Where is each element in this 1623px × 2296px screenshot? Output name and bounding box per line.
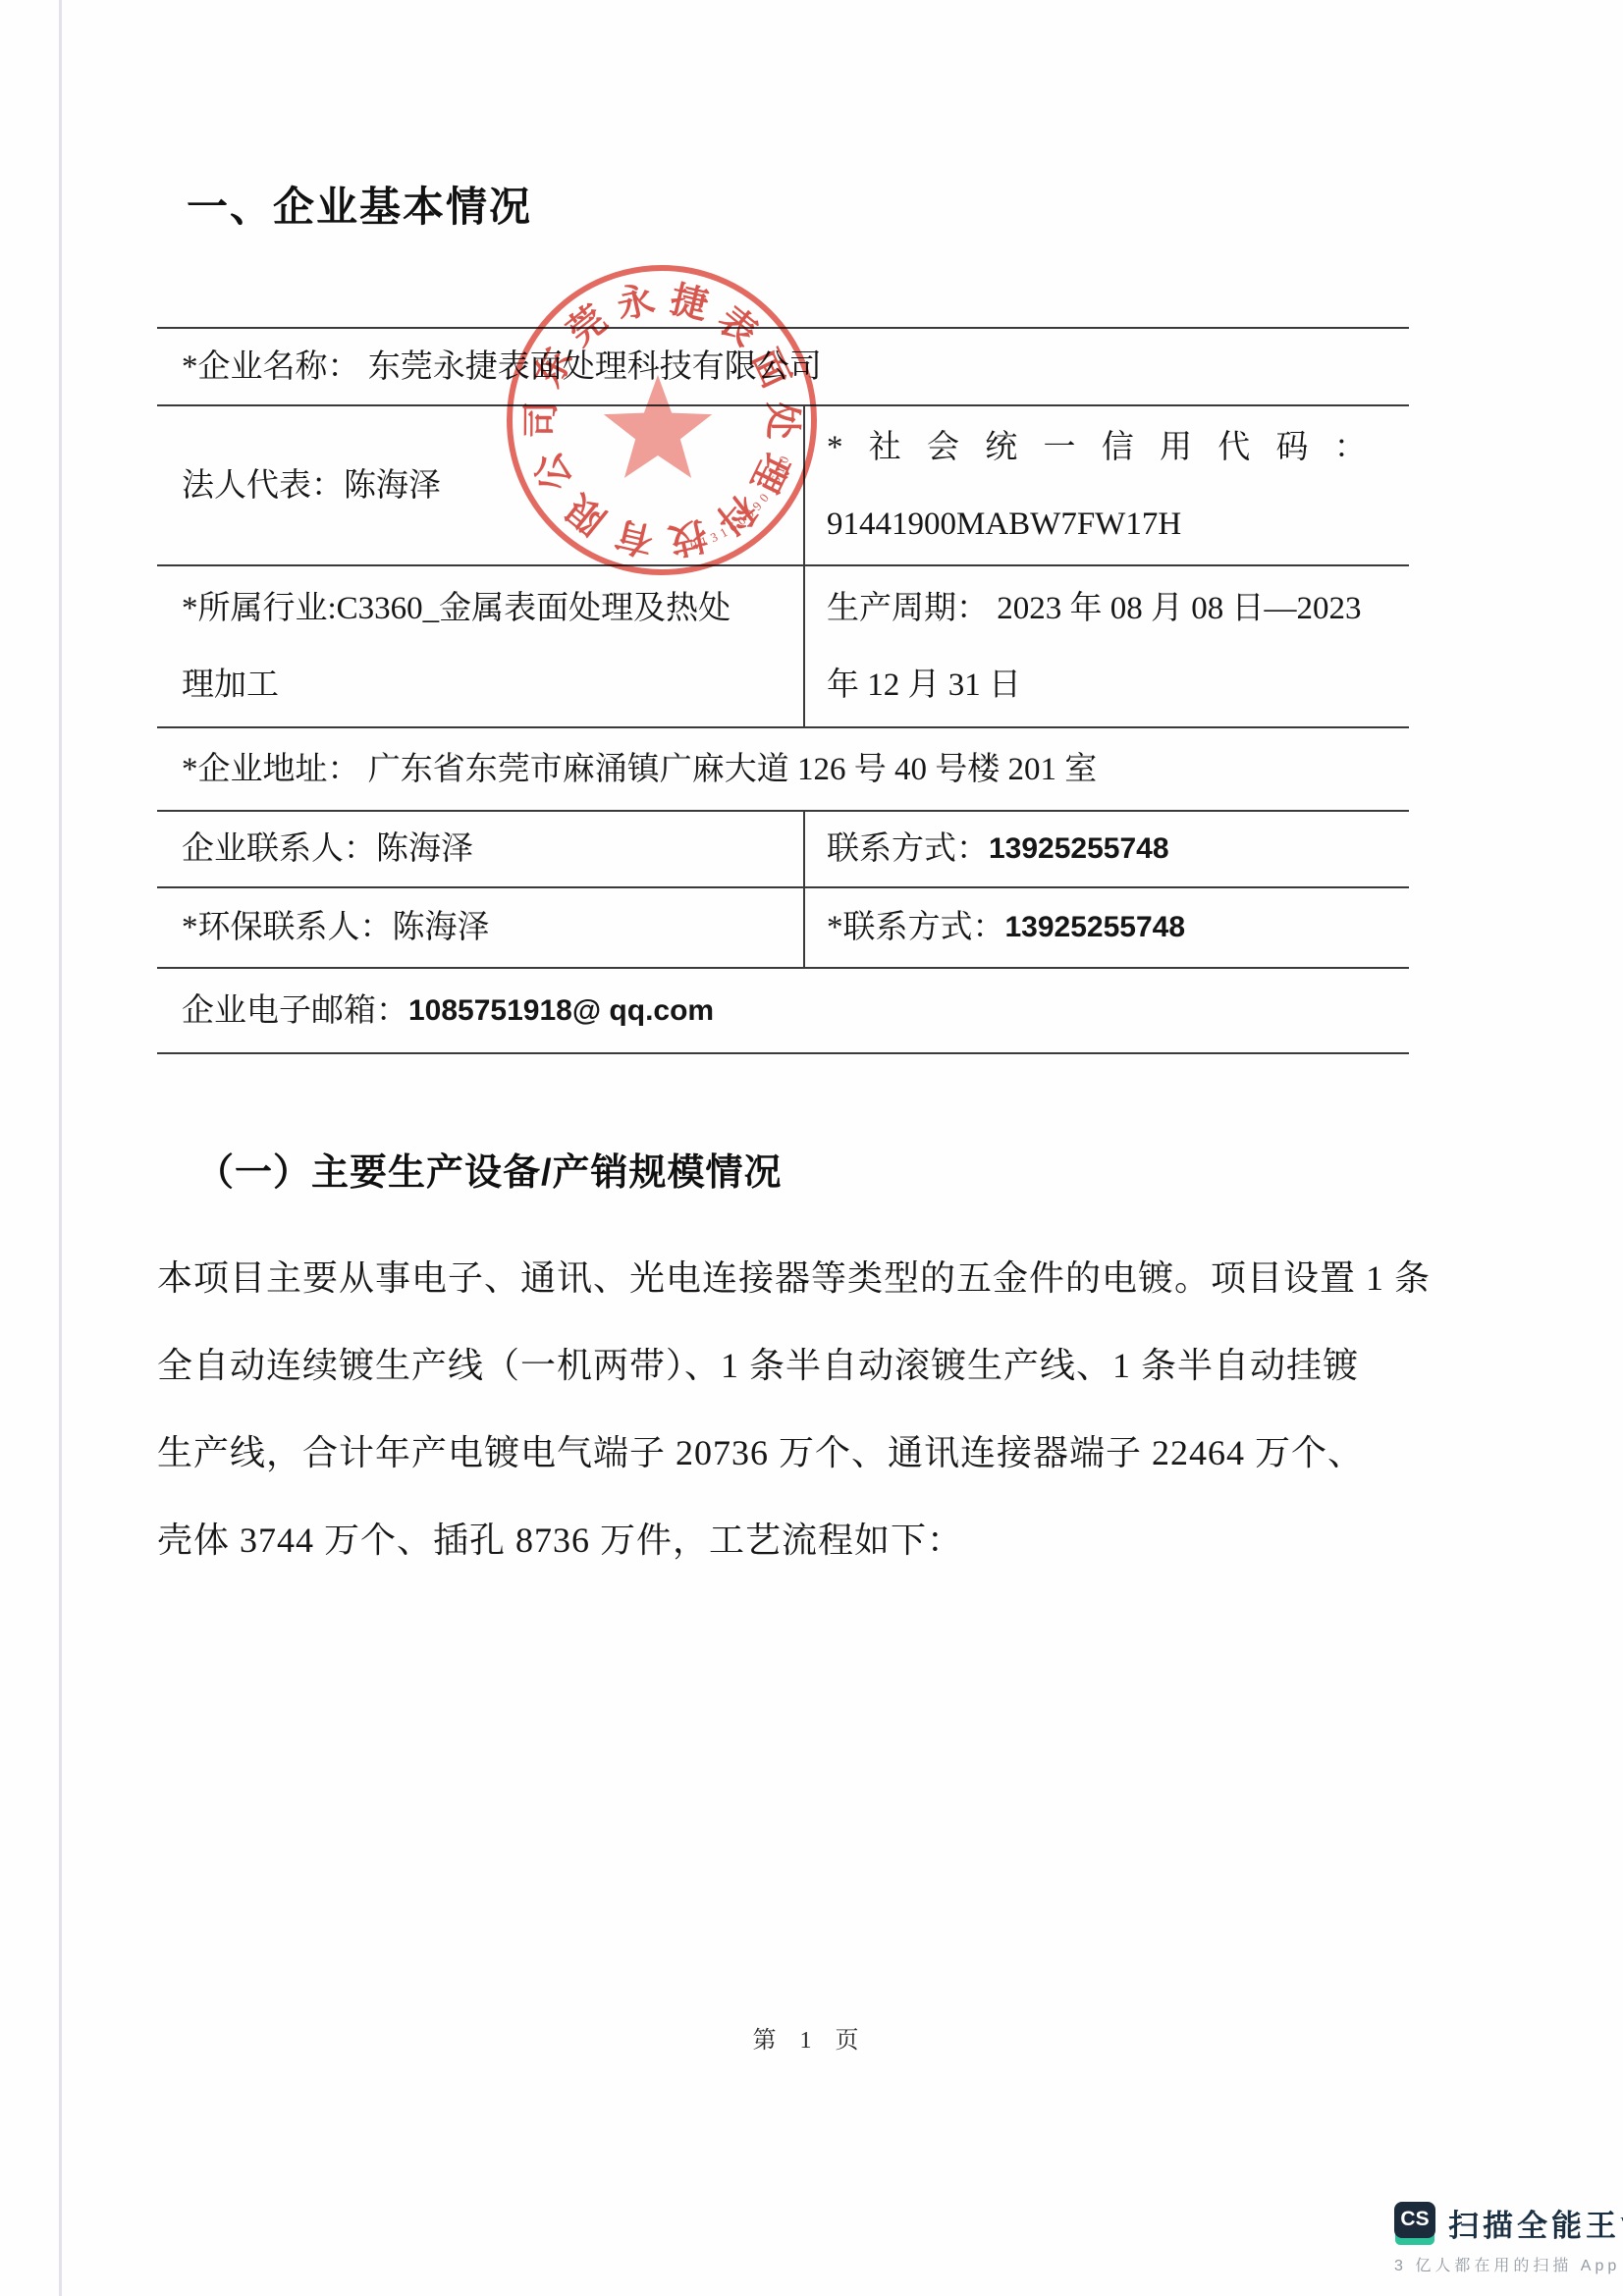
contact-phone-label: 联系方式： <box>827 829 989 869</box>
svg-text:限: 限 <box>559 486 614 542</box>
svg-text:有: 有 <box>612 512 658 561</box>
company-email-value: 1085751918@ qq.com <box>408 991 714 1031</box>
page-number: 第 1 页 <box>702 2020 918 2055</box>
industry-line-1: *所属行业:C3360_金属表面处理及热处 <box>182 589 803 628</box>
svg-text:公: 公 <box>527 446 580 497</box>
env-contact-phone-cell: *联系方式： 13925255748 <box>803 888 1409 967</box>
camscanner-logo-icon: CS <box>1394 2202 1435 2245</box>
company-email-cell: 企业电子邮箱： 1085751918@ qq.com <box>157 969 1409 1052</box>
svg-text:东: 东 <box>527 342 580 394</box>
subsection-heading: （一）主要生产设备/产销规模情况 <box>196 1142 783 1196</box>
svg-text:处: 处 <box>761 401 802 439</box>
page-title: 一、企业基本情况 <box>187 175 532 234</box>
star-icon <box>604 375 712 478</box>
body-paragraph: 本项目主要从事电子、通讯、光电连接器等类型的五金件的电镀。项目设置 1 条 全自… <box>157 1235 1434 1584</box>
logo-cs-badge: CS <box>1394 2202 1435 2238</box>
industry-cell: *所属行业:C3360_金属表面处理及热处 理加工 <box>157 566 803 726</box>
company-address-cell: *企业地址： 广东省东莞市麻涌镇广麻大道 126 号 40 号楼 201 室 <box>157 728 1409 810</box>
logo-cs-text: CS <box>1400 2208 1429 2231</box>
env-contact-phone-label: *联系方式： <box>827 908 1005 947</box>
table-row-contact: 企业联系人：陈海泽 联系方式： 13925255748 <box>157 812 1409 888</box>
svg-text:表: 表 <box>710 299 765 355</box>
watermark-tagline: 3 亿人都在用的扫描 App <box>1394 2253 1605 2275</box>
svg-text:捷: 捷 <box>666 279 712 328</box>
table-row-email: 企业电子邮箱： 1085751918@ qq.com <box>157 969 1409 1054</box>
credit-code-label: * 社 会 统 一 信 用 代 码 ： <box>827 428 1409 467</box>
svg-text:莞: 莞 <box>560 298 615 354</box>
company-email-label: 企业电子邮箱： <box>182 991 408 1031</box>
scan-edge-line <box>59 0 62 2296</box>
company-seal-stamp: 东莞永捷表面处理科技有限公司 0161090061310 <box>503 261 821 579</box>
svg-text:3: 3 <box>708 529 720 545</box>
contact-phone-value: 13925255748 <box>989 829 1169 869</box>
industry-line-2: 理加工 <box>182 666 803 705</box>
contact-person-cell: 企业联系人：陈海泽 <box>157 812 803 886</box>
table-row-address: *企业地址： 广东省东莞市麻涌镇广麻大道 126 号 40 号楼 201 室 <box>157 728 1409 812</box>
env-contact-phone-value: 13925255748 <box>1005 908 1186 947</box>
credit-code-cell: * 社 会 统 一 信 用 代 码 ： 91441900MABW7FW17H <box>803 406 1409 564</box>
svg-text:科: 科 <box>709 487 764 543</box>
contact-phone-cell: 联系方式： 13925255748 <box>803 812 1409 886</box>
paragraph-line: 壳体 3744 万个、插孔 8736 万件，工艺流程如下： <box>157 1497 1434 1584</box>
table-row-industry: *所属行业:C3360_金属表面处理及热处 理加工 生产周期： 2023 年 0… <box>157 566 1409 728</box>
watermark-brand: 扫描全能王™ <box>1448 2201 1623 2245</box>
production-period-cell: 生产周期： 2023 年 08 月 08 日—2023 年 12 月 31 日 <box>803 566 1409 726</box>
camscanner-watermark: CS 扫描全能王™ 3 亿人都在用的扫描 App <box>1394 2201 1605 2275</box>
paragraph-line: 生产线，合计年产电镀电气端子 20736 万个、通讯连接器端子 22464 万个… <box>157 1410 1434 1497</box>
production-period-line-2: 年 12 月 31 日 <box>827 666 1409 705</box>
paragraph-line: 本项目主要从事电子、通讯、光电连接器等类型的五金件的电镀。项目设置 1 条 <box>157 1235 1434 1322</box>
svg-text:面: 面 <box>743 343 796 394</box>
env-contact-person-cell: *环保联系人：陈海泽 <box>157 888 803 967</box>
credit-code-value: 91441900MABW7FW17H <box>827 505 1409 544</box>
paragraph-line: 全自动连续镀生产线（一机两带）、1 条半自动滚镀生产线、1 条半自动挂镀 <box>157 1322 1434 1410</box>
production-period-line-1: 生产周期： 2023 年 08 月 08 日—2023 <box>827 589 1409 628</box>
svg-text:永: 永 <box>613 279 658 327</box>
document-page: 一、企业基本情况 *企业名称： 东莞永捷表面处理科技有限公司 法人代表：陈海泽 … <box>0 0 1623 2296</box>
svg-text:司: 司 <box>521 400 563 438</box>
table-row-env-contact: *环保联系人：陈海泽 *联系方式： 13925255748 <box>157 888 1409 969</box>
